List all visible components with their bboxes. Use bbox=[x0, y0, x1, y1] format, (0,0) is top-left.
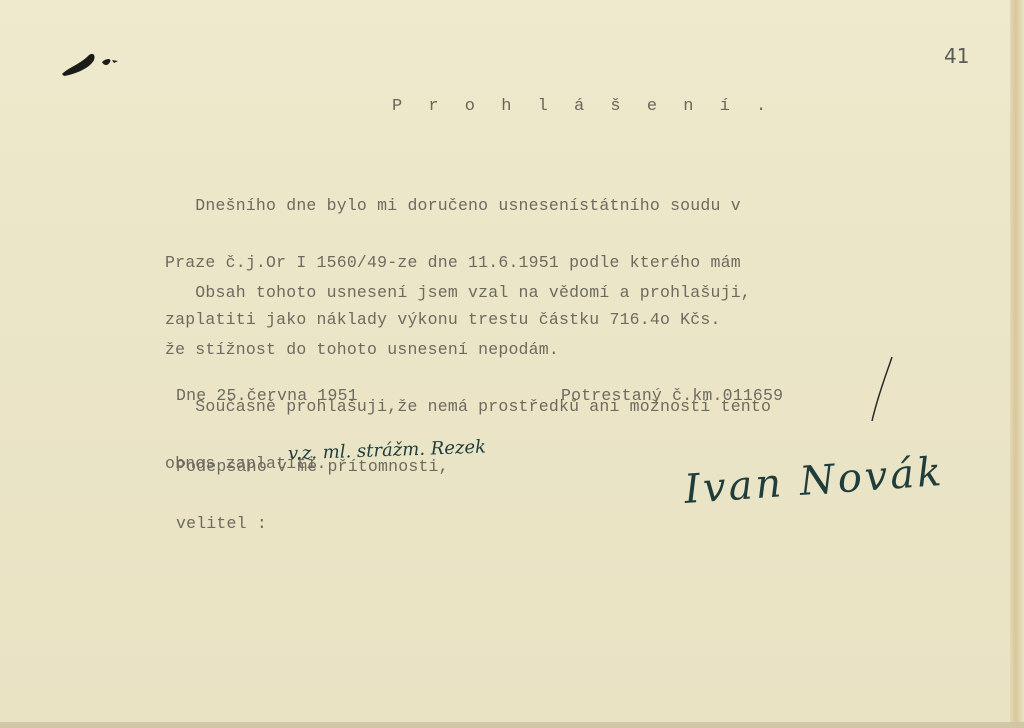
text-line: velitel : bbox=[176, 514, 449, 533]
paper-edge-bottom bbox=[0, 722, 1024, 728]
prisoner-id-line: Potrestaný č.km.011659 bbox=[561, 386, 783, 405]
text-line: Obsah tohoto usnesení jsem vzal na vědom… bbox=[165, 283, 771, 302]
page-number: 41 bbox=[944, 44, 969, 68]
signature-stroke-icon bbox=[868, 355, 898, 425]
ink-blot-icon bbox=[60, 50, 120, 80]
document-title: P r o h l á š e n í . bbox=[392, 97, 774, 116]
date-line: Dne 25.června 1951 bbox=[176, 386, 358, 405]
paper-edge-right bbox=[1010, 0, 1024, 728]
text-line: Dnešního dne bylo mi doručeno usneseníst… bbox=[165, 196, 741, 215]
text-line: že stížnost do tohoto usnesení nepodám. bbox=[165, 340, 771, 359]
